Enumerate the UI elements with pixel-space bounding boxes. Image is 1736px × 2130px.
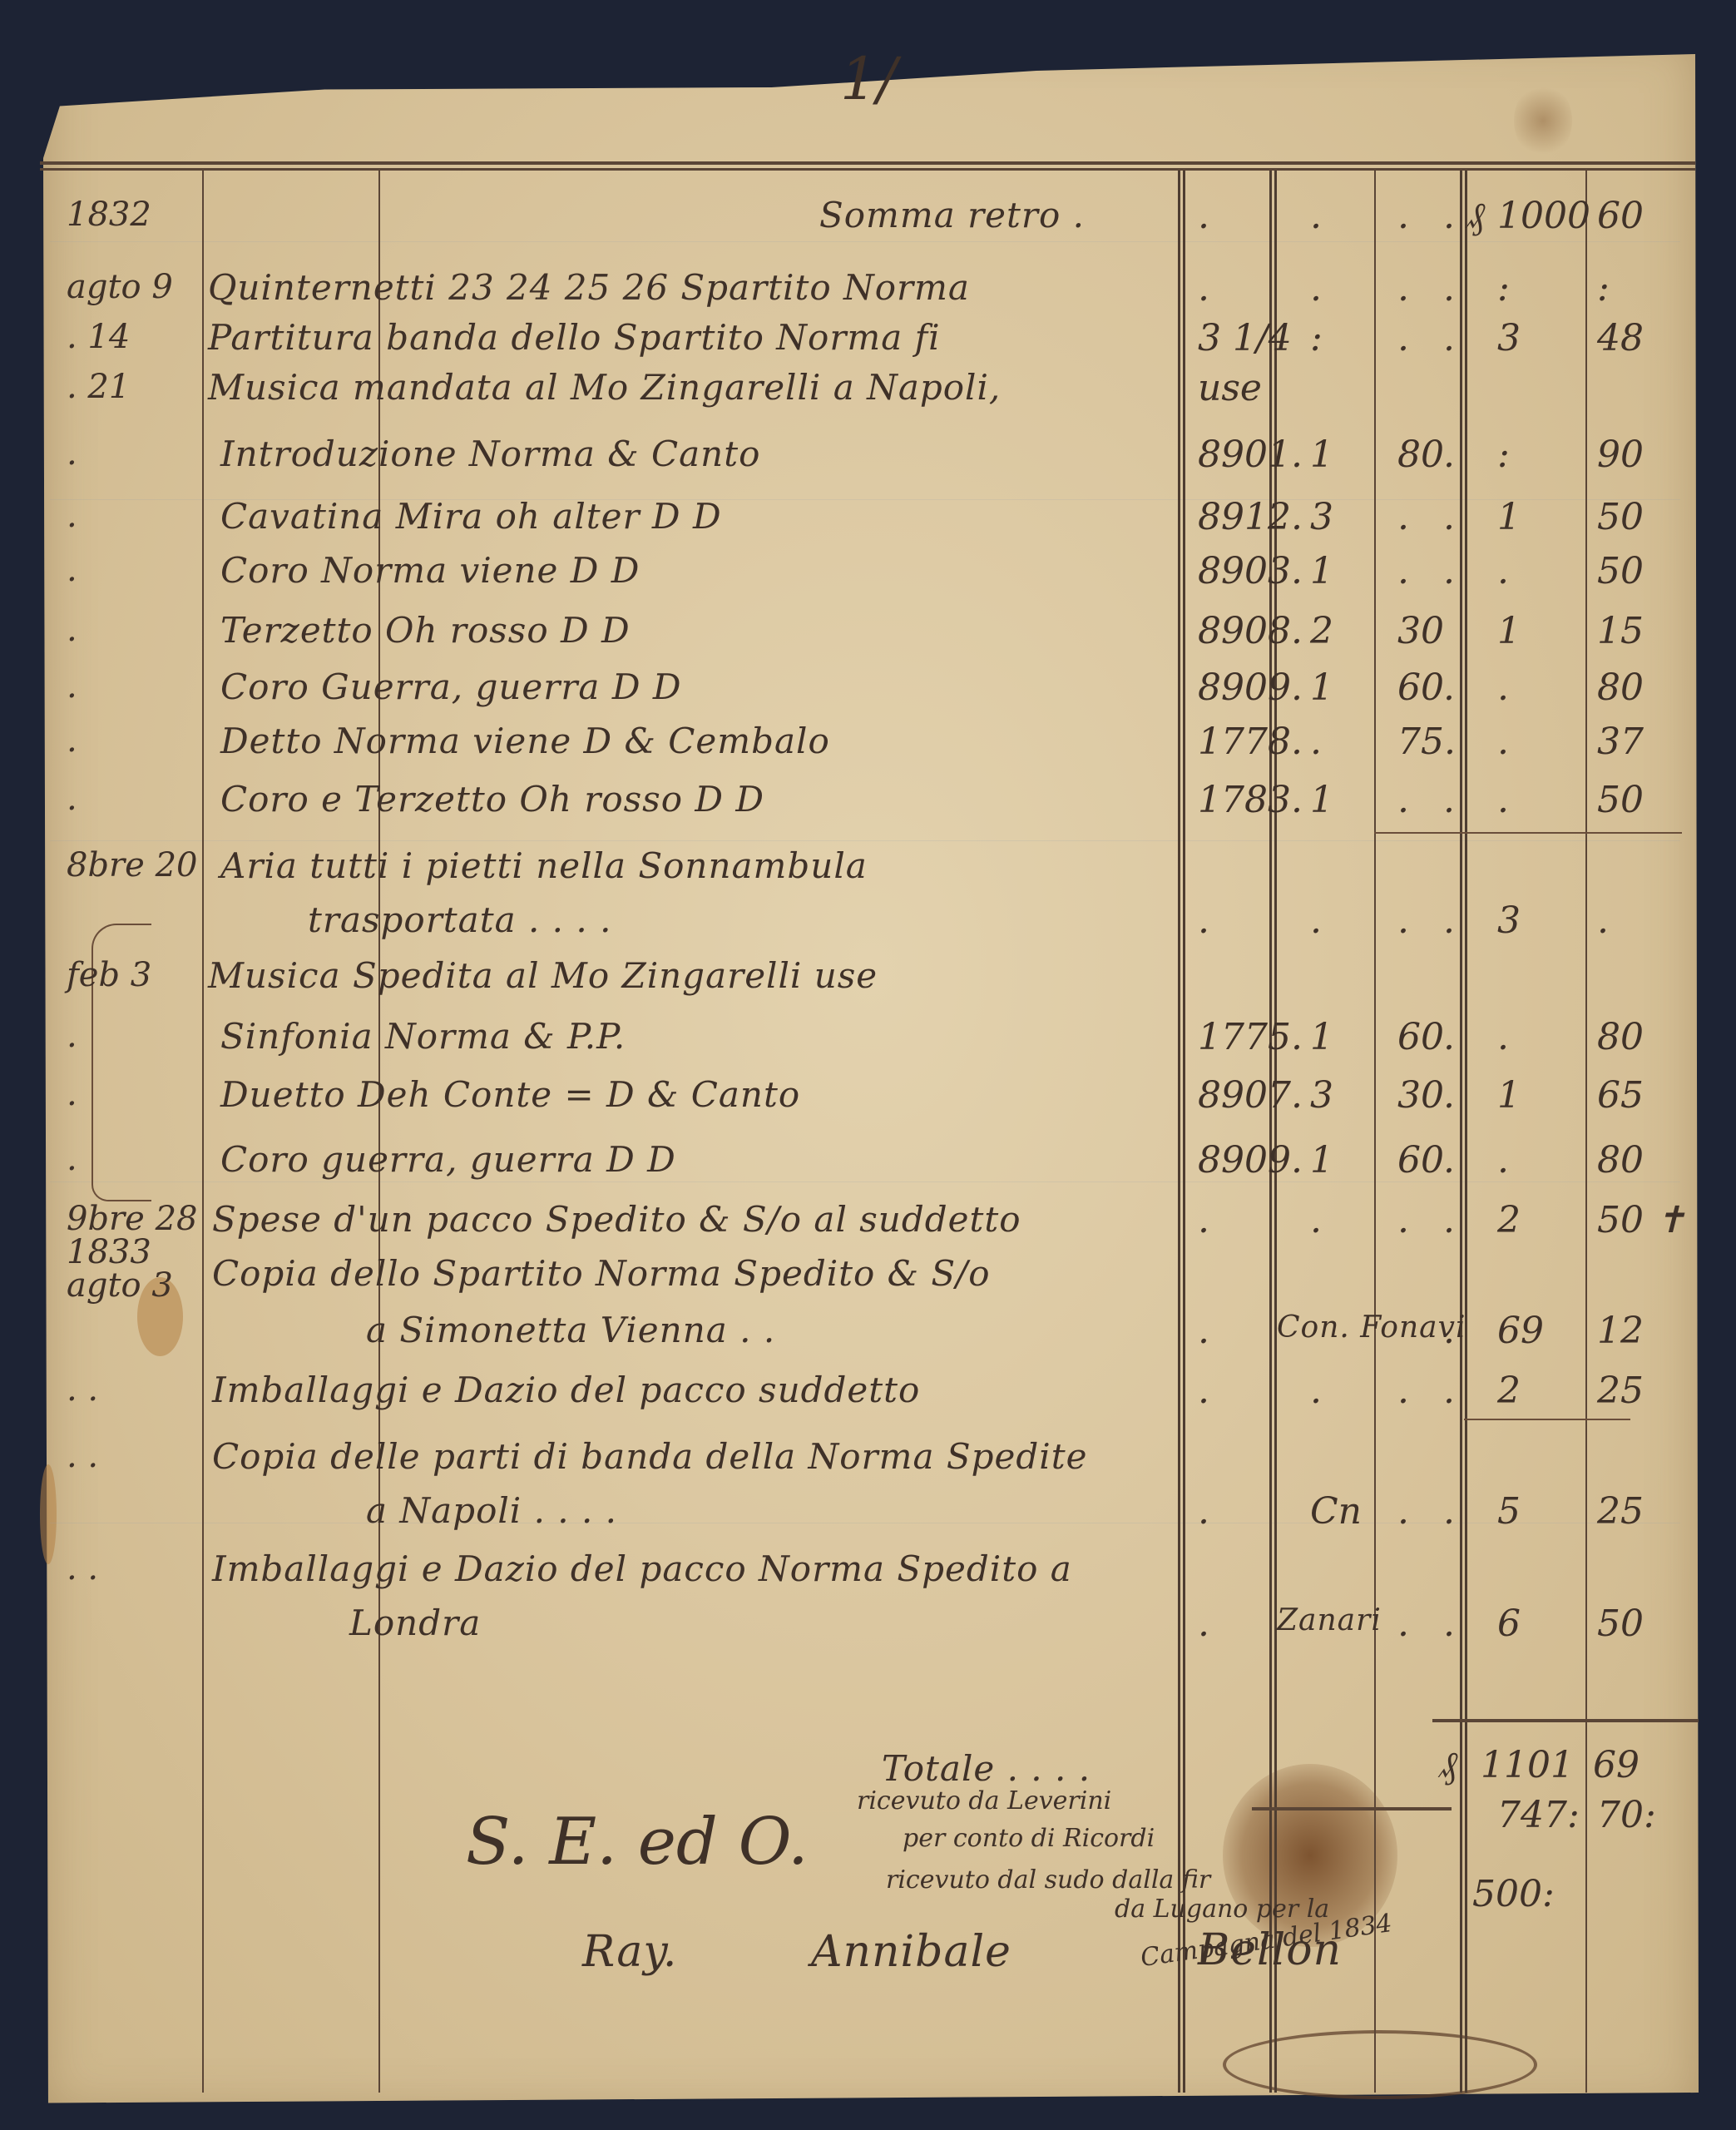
row-catalog-number: . bbox=[1198, 1313, 1209, 1350]
row-catalog-number: 3 1/4 bbox=[1198, 320, 1292, 357]
row-rate: . bbox=[1397, 1202, 1409, 1239]
row-qty: 1 bbox=[1310, 553, 1333, 590]
ruled-line bbox=[50, 1523, 1680, 1523]
row-sub: . bbox=[1443, 782, 1455, 819]
signature-surname: Bellon bbox=[1198, 1929, 1342, 1972]
row-cent: 80 bbox=[1597, 670, 1644, 706]
row-sub: . bbox=[1443, 1142, 1455, 1179]
row-catalog-number: use bbox=[1198, 370, 1262, 407]
rate-column-rule bbox=[1374, 171, 1376, 2093]
row-rate: . bbox=[1397, 1373, 1409, 1409]
received-rule bbox=[1252, 1807, 1452, 1810]
total-lire: 1101 bbox=[1481, 1747, 1574, 1784]
row-cent: 80 bbox=[1597, 1142, 1644, 1179]
row-qty: 2 bbox=[1310, 613, 1333, 650]
row-description: Copia dello Spartito Norma Spedito & S/o bbox=[212, 1256, 991, 1291]
row-description: Coro Norma viene D D bbox=[220, 553, 640, 588]
row-catalog-number: 8901. bbox=[1198, 437, 1303, 473]
signature-name: Annibale bbox=[811, 1930, 1011, 1974]
row-qty: 1 bbox=[1310, 1019, 1333, 1056]
row-lire: . bbox=[1497, 1142, 1509, 1179]
row-qty: . bbox=[1310, 198, 1322, 235]
row-date: 1833 agto 3 bbox=[67, 1236, 191, 1302]
row-description: Musica mandata al Mo Zingarelli a Napoli… bbox=[208, 370, 1001, 405]
row-date: . bbox=[67, 499, 77, 532]
row-lire: : bbox=[1497, 437, 1510, 473]
row-catalog-number: 1778. bbox=[1198, 724, 1303, 760]
row-lire: 1000 bbox=[1497, 198, 1590, 235]
row-qty: Zanari bbox=[1277, 1606, 1382, 1636]
row-cent: . bbox=[1597, 903, 1609, 939]
row-cent: 50 bbox=[1597, 1606, 1644, 1642]
row-lire: 6 bbox=[1497, 1606, 1521, 1642]
received-line-1: ricevuto da Leverini bbox=[857, 1789, 1111, 1814]
row-date: . bbox=[67, 1142, 77, 1176]
row-date: . bbox=[67, 670, 77, 703]
foxing-spots bbox=[1514, 83, 1572, 158]
row-lire: 1 bbox=[1497, 1077, 1521, 1114]
row-description: trasportata . . . . bbox=[308, 903, 611, 938]
received-1-lire: 747: bbox=[1497, 1797, 1580, 1834]
row-rate: 30 bbox=[1397, 613, 1444, 650]
total-currency: ₰ bbox=[1439, 1747, 1457, 1784]
row-description: Copia delle parti di banda della Norma S… bbox=[212, 1439, 1087, 1474]
header-rule-top bbox=[40, 161, 1695, 165]
row-sub: . bbox=[1443, 1019, 1455, 1056]
row-catalog-number: . bbox=[1198, 270, 1209, 307]
row-description: Detto Norma viene D & Cembalo bbox=[220, 724, 830, 759]
row-rate: . bbox=[1397, 198, 1409, 235]
row-cent: 50 bbox=[1597, 553, 1644, 590]
row-date: 8bre 20 bbox=[67, 849, 197, 882]
row-date: . bbox=[67, 782, 77, 815]
received-line-2: per conto di Ricordi bbox=[903, 1826, 1155, 1851]
row-catalog-number: 8909. bbox=[1198, 1142, 1303, 1179]
row-date: . . bbox=[67, 1373, 98, 1406]
row-sub: . bbox=[1443, 670, 1455, 706]
row-rate: 60 bbox=[1397, 1142, 1444, 1179]
row-description: Duetto Deh Conte = D & Canto bbox=[220, 1077, 800, 1112]
row-sub: . bbox=[1443, 1606, 1455, 1642]
row-description: Cavatina Mira oh alter D D bbox=[220, 499, 722, 534]
row-sub: . bbox=[1443, 553, 1455, 590]
row-date: feb 3 bbox=[67, 958, 151, 992]
row-qty: Cn bbox=[1310, 1493, 1362, 1530]
row-rate: . bbox=[1397, 499, 1409, 536]
row-lire: . bbox=[1497, 553, 1509, 590]
row-catalog-number: . bbox=[1198, 198, 1209, 235]
row-description: a Napoli . . . . bbox=[366, 1493, 617, 1528]
row-rate: . bbox=[1397, 320, 1409, 357]
row-cent: 25 bbox=[1597, 1373, 1644, 1409]
row-rate: 75. bbox=[1397, 724, 1456, 760]
row-cent: 12 bbox=[1597, 1313, 1644, 1350]
row-lire: . bbox=[1497, 670, 1509, 706]
row-date: 1832 bbox=[67, 198, 151, 231]
row-cent: 60 bbox=[1597, 198, 1644, 235]
row-qty: . bbox=[1310, 724, 1322, 760]
ruled-line bbox=[50, 1181, 1680, 1182]
row-catalog-number: 8909. bbox=[1198, 670, 1303, 706]
row-date: . bbox=[67, 1019, 77, 1053]
row-rate: . bbox=[1397, 1493, 1409, 1530]
row-description: Somma retro . bbox=[819, 198, 1085, 233]
row-description: Musica Spedita al Mo Zingarelli use bbox=[208, 958, 878, 993]
water-spot bbox=[40, 1464, 57, 1564]
row-date: . bbox=[67, 437, 77, 470]
row-date: 9bre 28 bbox=[67, 1202, 197, 1236]
total-rule bbox=[1432, 1719, 1699, 1722]
row-description: Partitura banda dello Spartito Norma fi bbox=[208, 320, 941, 355]
received-2: 500: bbox=[1472, 1876, 1555, 1913]
row-description: Introduzione Norma & Canto bbox=[220, 437, 760, 472]
row-qty: . bbox=[1310, 1202, 1322, 1239]
received-line-4: da Lugano per la bbox=[1115, 1897, 1329, 1922]
row-description: Sinfonia Norma & P.P. bbox=[220, 1019, 626, 1054]
row-catalog-number: 8907. bbox=[1198, 1077, 1303, 1114]
row-description: Imballaggi e Dazio del pacco suddetto bbox=[212, 1373, 920, 1408]
row-rate: . bbox=[1397, 903, 1409, 939]
row-sub: . bbox=[1443, 499, 1455, 536]
row-description: Terzetto Oh rosso D D bbox=[220, 613, 631, 648]
row-cent: 50 bbox=[1597, 782, 1644, 819]
row-description: Londra bbox=[349, 1606, 481, 1641]
row-description: Quinternetti 23 24 25 26 Spartito Norma bbox=[208, 270, 970, 305]
row-date: . bbox=[67, 553, 77, 587]
row-cent: 65 bbox=[1597, 1077, 1644, 1114]
date-column-rule bbox=[202, 171, 204, 2093]
row-date: . 14 bbox=[67, 320, 130, 354]
row-qty: 1 bbox=[1310, 782, 1333, 819]
row-rate: . bbox=[1397, 270, 1409, 307]
row-cent: : bbox=[1597, 270, 1610, 307]
row-catalog-number: . bbox=[1198, 903, 1209, 939]
row-lire: 2 bbox=[1497, 1373, 1521, 1409]
row-rate: . bbox=[1397, 553, 1409, 590]
row-description: Coro Guerra, guerra D D bbox=[220, 670, 682, 705]
row-cent: 50 bbox=[1597, 499, 1644, 536]
row-qty: Con. Fonavi bbox=[1277, 1313, 1466, 1343]
row-lire: 69 bbox=[1497, 1313, 1544, 1350]
signature-prefix: Ray. bbox=[582, 1930, 677, 1974]
cent-column-rule bbox=[1585, 171, 1587, 2093]
row-cent: 15 bbox=[1597, 613, 1644, 650]
row-catalog-number: . bbox=[1198, 1373, 1209, 1409]
row-lire: . bbox=[1497, 1019, 1509, 1056]
row-sub: . ₰ bbox=[1443, 198, 1485, 235]
row-rate: 60 bbox=[1397, 1019, 1444, 1056]
total-label: Totale . . . . bbox=[882, 1751, 1091, 1786]
row-cent: 37 bbox=[1597, 724, 1644, 760]
row-date: agto 9 bbox=[67, 270, 173, 304]
row-qty: 1 bbox=[1310, 437, 1333, 473]
row-catalog-number: . bbox=[1198, 1493, 1209, 1530]
received-line-3: ricevuto dal sudo dalla fir bbox=[886, 1868, 1210, 1893]
row-date: . bbox=[67, 613, 77, 646]
row-catalog-number: 1775. bbox=[1198, 1019, 1303, 1056]
row-sub: . bbox=[1443, 1077, 1455, 1114]
row-lire: 5 bbox=[1497, 1493, 1521, 1530]
ruled-line bbox=[50, 241, 1680, 242]
row-description: Coro guerra, guerra D D bbox=[220, 1142, 676, 1177]
row-sub: . bbox=[1443, 1313, 1455, 1350]
row-sub: . bbox=[1443, 1493, 1455, 1530]
row-catalog-number: 8908. bbox=[1198, 613, 1303, 650]
row-description: Aria tutti i pietti nella Sonnambula bbox=[220, 849, 868, 884]
row-date: . bbox=[67, 724, 77, 757]
row-lire: 3 bbox=[1497, 320, 1521, 357]
row-lire: : bbox=[1497, 270, 1510, 307]
lire-column-rule bbox=[1460, 171, 1467, 2093]
row-qty: . bbox=[1310, 1373, 1322, 1409]
row-catalog-number: 1783. bbox=[1198, 782, 1303, 819]
row-qty: : bbox=[1310, 320, 1323, 357]
row-date: . . bbox=[67, 1552, 98, 1585]
row-lire: 2 bbox=[1497, 1202, 1521, 1239]
row-sub: . bbox=[1443, 1373, 1455, 1409]
row-description: Spese d'un pacco Spedito & S/o al suddet… bbox=[212, 1202, 1021, 1237]
received-1-cent: 70: bbox=[1597, 1797, 1656, 1834]
row-qty: 1 bbox=[1310, 670, 1333, 706]
row-catalog-number: 8903. bbox=[1198, 553, 1303, 590]
row-cent: 25 bbox=[1597, 1493, 1644, 1530]
row-lire: . bbox=[1497, 724, 1509, 760]
row-qty: 1 bbox=[1310, 1142, 1333, 1179]
row-lire: 1 bbox=[1497, 613, 1521, 650]
row-lire: 3 bbox=[1497, 903, 1521, 939]
row-qty: . bbox=[1310, 903, 1322, 939]
row-date: . . bbox=[67, 1439, 98, 1473]
row-sub: . bbox=[1443, 320, 1455, 357]
row-rate: . bbox=[1397, 782, 1409, 819]
row-rate: 60 bbox=[1397, 670, 1444, 706]
row-rate: 30 bbox=[1397, 1077, 1444, 1114]
subtotal-rule-2 bbox=[1464, 1419, 1630, 1420]
number-column-rule bbox=[1178, 171, 1185, 2093]
header-rule-bottom bbox=[40, 168, 1695, 171]
total-cent: 69 bbox=[1593, 1747, 1640, 1784]
row-qty: 3 bbox=[1310, 499, 1333, 536]
row-date: . 21 bbox=[67, 370, 130, 404]
subtotal-rule bbox=[1374, 832, 1682, 834]
row-lire: 1 bbox=[1497, 499, 1521, 536]
row-sub: . bbox=[1443, 1202, 1455, 1239]
row-cent: 48 bbox=[1597, 320, 1644, 357]
row-date: . bbox=[67, 1077, 77, 1111]
row-sub: . bbox=[1443, 270, 1455, 307]
row-catalog-number: . bbox=[1198, 1606, 1209, 1642]
row-description: a Simonetta Vienna . . bbox=[366, 1313, 775, 1348]
row-qty: 3 bbox=[1310, 1077, 1333, 1114]
header-mark: 1/ bbox=[840, 50, 897, 108]
row-sub: . bbox=[1443, 437, 1455, 473]
row-description: Coro e Terzetto Oh rosso D D bbox=[220, 782, 764, 817]
salutation: S. E. ed O. bbox=[466, 1810, 809, 1875]
row-cent: 80 bbox=[1597, 1019, 1644, 1056]
row-rate: . bbox=[1397, 1606, 1409, 1642]
row-qty: . bbox=[1310, 270, 1322, 307]
row-sub: . bbox=[1443, 903, 1455, 939]
row-rate: 80 bbox=[1397, 437, 1444, 473]
ruled-line bbox=[50, 840, 1680, 841]
row-lire: . bbox=[1497, 782, 1509, 819]
row-catalog-number: 8912. bbox=[1198, 499, 1303, 536]
row-catalog-number: . bbox=[1198, 1202, 1209, 1239]
row-description: Imballaggi e Dazio del pacco Norma Spedi… bbox=[212, 1552, 1072, 1587]
row-cent: 90 bbox=[1597, 437, 1644, 473]
row-cent: 50 ✝ bbox=[1597, 1202, 1686, 1239]
